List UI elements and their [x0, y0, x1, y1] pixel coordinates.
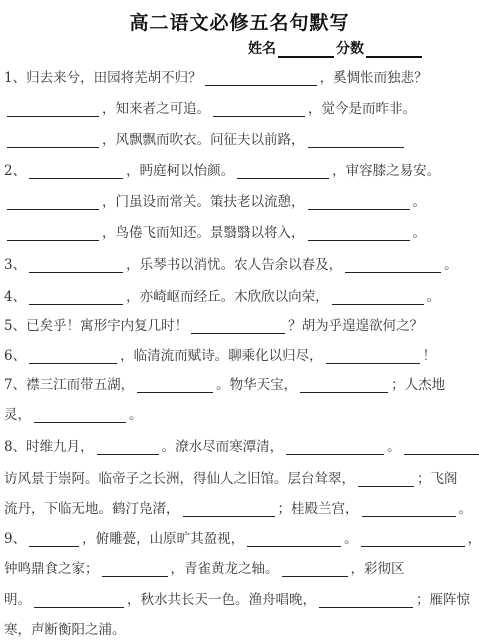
- question-line: 8、时维九月，。潦水尽而寒潭清，。，: [4, 435, 479, 455]
- answer-blank[interactable]: [308, 225, 410, 241]
- question-line: 灵，。: [4, 403, 143, 423]
- answer-blank[interactable]: [332, 289, 424, 305]
- question-line: 6、，临清流而赋诗。聊乘化以归尽，！: [4, 344, 436, 364]
- answer-blank[interactable]: [404, 439, 479, 455]
- question-text: 2、: [4, 159, 26, 179]
- question-text: 寒，声断衡阳之浦。: [4, 618, 126, 638]
- answer-blank[interactable]: [29, 531, 79, 547]
- question-text: ！: [423, 344, 437, 364]
- question-text: 3、: [4, 253, 26, 273]
- answer-blank[interactable]: [213, 101, 305, 117]
- answer-blank[interactable]: [102, 561, 168, 577]
- question-text: 流丹，下临无地。鹤汀凫渚，: [4, 497, 180, 517]
- question-text: 灵，: [4, 403, 31, 423]
- question-text: ；雁阵惊: [416, 588, 470, 608]
- question-line: 访风景于崇阿。临帝子之长洲，得仙人之旧馆。层台耸翠，；飞阁: [4, 467, 458, 487]
- answer-blank[interactable]: [29, 348, 117, 364]
- answer-blank[interactable]: [7, 132, 99, 148]
- question-text: ，秋水共长天一色。渔舟唱晚，: [127, 588, 316, 608]
- question-text: 。: [413, 190, 427, 210]
- question-line: 流丹，下临无地。鹤汀凫渚，；桂殿兰宫，。: [4, 497, 472, 517]
- question-text: ，临清流而赋诗。聊乘化以归尽，: [120, 344, 323, 364]
- question-text: 。物华天宝，: [216, 373, 297, 393]
- answer-blank[interactable]: [237, 163, 329, 179]
- question-text: ？胡为乎遑遑欲何之？: [288, 314, 423, 334]
- question-text: ，审容膝之易安。: [332, 159, 440, 179]
- question-line: 3、，乐琴书以消忧。农人告余以春及，。: [4, 253, 458, 273]
- answer-blank[interactable]: [282, 561, 348, 577]
- answer-blank[interactable]: [358, 471, 414, 487]
- question-text: 7、襟三江而带五湖，: [4, 373, 134, 393]
- question-text: ，: [468, 527, 479, 547]
- question-text: 。: [459, 497, 473, 517]
- question-text: ，眄庭柯以怡颜。: [126, 159, 234, 179]
- answer-blank[interactable]: [205, 70, 317, 86]
- answer-blank[interactable]: [7, 225, 99, 241]
- score-label: 分数: [336, 38, 364, 58]
- question-text: 访风景于崇阿。临帝子之长洲，得仙人之旧馆。层台耸翠，: [4, 467, 355, 487]
- question-text: ，知来者之可追。: [102, 97, 210, 117]
- answer-blank[interactable]: [183, 501, 275, 517]
- answer-blank[interactable]: [97, 439, 159, 455]
- answer-blank[interactable]: [247, 531, 341, 547]
- question-text: 。: [413, 221, 427, 241]
- question-text: 1、归去来兮，田园将芜胡不归？: [4, 66, 202, 86]
- question-text: ，亦崎岖而经丘。木欣欣以向荣，: [126, 285, 329, 305]
- question-text: ，门虽设而常关。策扶老以流憩，: [102, 190, 305, 210]
- question-text: 。: [387, 435, 401, 455]
- answer-blank[interactable]: [362, 501, 456, 517]
- question-text: ；飞阁: [417, 467, 458, 487]
- answer-blank[interactable]: [345, 257, 441, 273]
- question-text: ，俯雕甍，山原旷其盈视，: [82, 527, 244, 547]
- answer-blank[interactable]: [308, 132, 404, 148]
- answer-blank[interactable]: [326, 348, 420, 364]
- question-text: ，彩彻区: [351, 557, 405, 577]
- question-line: 钟鸣鼎食之家；，青雀黄龙之轴。，彩彻区: [4, 557, 405, 577]
- question-line: ，知来者之可追。，觉今是而昨非。: [4, 97, 416, 117]
- student-info: 姓名 分数: [248, 38, 424, 58]
- question-text: 。潦水尽而寒潭清，: [162, 435, 284, 455]
- question-line: 2、，眄庭柯以怡颜。，审容膝之易安。: [4, 159, 440, 179]
- question-text: ，奚惆怅而独悲？: [320, 66, 428, 86]
- answer-blank[interactable]: [29, 163, 123, 179]
- question-text: ，鸟倦飞而知还。景翳翳以将入，: [102, 221, 305, 241]
- question-line: ，门虽设而常关。策扶老以流憩，。: [4, 190, 426, 210]
- question-line: ，风飘飘而吹衣。问征夫以前路，: [4, 128, 407, 148]
- answer-blank[interactable]: [319, 592, 413, 608]
- question-text: 。: [129, 403, 143, 423]
- answer-blank[interactable]: [7, 194, 99, 210]
- answer-blank[interactable]: [34, 592, 124, 608]
- answer-blank[interactable]: [29, 257, 123, 273]
- question-line: 4、，亦崎岖而经丘。木欣欣以向荣，。: [4, 285, 440, 305]
- question-text: 。: [344, 527, 358, 547]
- answer-blank[interactable]: [300, 377, 388, 393]
- question-text: ，风飘飘而吹衣。问征夫以前路，: [102, 128, 305, 148]
- question-line: 7、襟三江而带五湖，。物华天宝，；人杰地: [4, 373, 445, 393]
- question-text: 。: [427, 285, 441, 305]
- question-text: 4、: [4, 285, 26, 305]
- answer-blank[interactable]: [29, 289, 123, 305]
- answer-blank[interactable]: [286, 439, 384, 455]
- question-text: ，青雀黄龙之轴。: [171, 557, 279, 577]
- question-line: 5、已矣乎！寓形宇内复几时！？胡为乎遑遑欲何之？: [4, 314, 423, 334]
- question-line: 1、归去来兮，田园将芜胡不归？，奚惆怅而独悲？: [4, 66, 428, 86]
- question-line: 明。，秋水共长天一色。渔舟唱晚，；雁阵惊: [4, 588, 470, 608]
- name-label: 姓名: [248, 38, 276, 58]
- question-text: ，觉今是而昨非。: [308, 97, 416, 117]
- question-text: 8、时维九月，: [4, 435, 94, 455]
- question-line: 寒，声断衡阳之浦。: [4, 618, 126, 638]
- question-text: 钟鸣鼎食之家；: [4, 557, 99, 577]
- question-line: 9、，俯雕甍，山原旷其盈视，。，: [4, 527, 479, 547]
- answer-blank[interactable]: [34, 407, 126, 423]
- answer-blank[interactable]: [308, 194, 410, 210]
- answer-blank[interactable]: [137, 377, 213, 393]
- question-text: ；人杰地: [391, 373, 445, 393]
- question-text: ，乐琴书以消忧。农人告余以春及，: [126, 253, 342, 273]
- question-line: ，鸟倦飞而知还。景翳翳以将入，。: [4, 221, 426, 241]
- question-text: 明。: [4, 588, 31, 608]
- question-text: 。: [444, 253, 458, 273]
- answer-blank[interactable]: [361, 531, 465, 547]
- answer-blank[interactable]: [191, 318, 285, 334]
- question-text: 9、: [4, 527, 26, 547]
- question-text: 5、已矣乎！寓形宇内复几时！: [4, 314, 188, 334]
- question-text: ；桂殿兰宫，: [278, 497, 359, 517]
- question-text: 6、: [4, 344, 26, 364]
- page-title: 高二语文必修五名句默写: [0, 8, 479, 35]
- name-blank[interactable]: [278, 42, 334, 58]
- score-blank[interactable]: [366, 42, 422, 58]
- answer-blank[interactable]: [7, 101, 99, 117]
